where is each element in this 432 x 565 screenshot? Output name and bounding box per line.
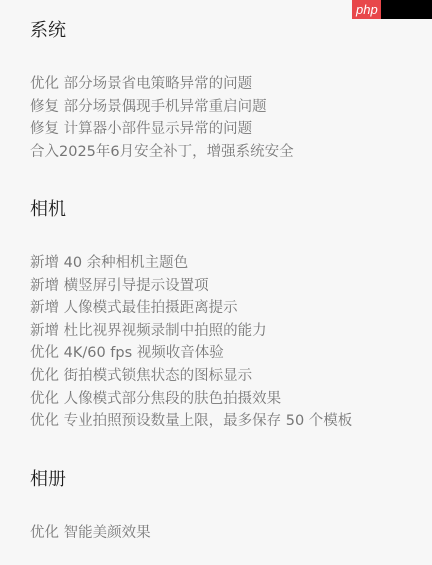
list-item: 优化 4K/60 fps 视频收音体验 xyxy=(30,342,352,365)
section-title: 系统 xyxy=(30,20,66,42)
section-album: 相册 优化 智能美颜效果 xyxy=(30,469,66,491)
list-item: 修复 部分场景偶现手机异常重启问题 xyxy=(30,96,294,119)
list-item: 优化 人像模式部分焦段的肤色拍摄效果 xyxy=(30,388,352,411)
watermark-black-bar xyxy=(381,0,432,19)
list-item: 优化 部分场景省电策略异常的问题 xyxy=(30,73,294,96)
item-list: 新增 40 余种相机主题色 新增 横竖屏引导提示设置项 新增 人像模式最佳拍摄距… xyxy=(30,252,352,433)
item-list: 优化 智能美颜效果 xyxy=(30,522,151,545)
watermark: php xyxy=(352,0,432,19)
list-item: 新增 横竖屏引导提示设置项 xyxy=(30,275,352,298)
item-list: 优化 部分场景省电策略异常的问题 修复 部分场景偶现手机异常重启问题 修复 计算… xyxy=(30,73,294,163)
list-item: 优化 智能美颜效果 xyxy=(30,522,151,545)
list-item: 优化 街拍模式锁焦状态的图标显示 xyxy=(30,365,352,388)
section-system: 系统 优化 部分场景省电策略异常的问题 修复 部分场景偶现手机异常重启问题 修复… xyxy=(30,20,66,42)
list-item: 优化 专业拍照预设数量上限，最多保存 50 个模板 xyxy=(30,410,352,433)
list-item: 合入2025年6月安全补丁，增强系统安全 xyxy=(30,141,294,164)
list-item: 新增 杜比视界视频录制中拍照的能力 xyxy=(30,320,352,343)
php-logo: php xyxy=(352,0,381,19)
section-title: 相机 xyxy=(30,199,66,221)
list-item: 新增 40 余种相机主题色 xyxy=(30,252,352,275)
section-title: 相册 xyxy=(30,469,66,491)
section-camera: 相机 新增 40 余种相机主题色 新增 横竖屏引导提示设置项 新增 人像模式最佳… xyxy=(30,199,66,221)
list-item: 新增 人像模式最佳拍摄距离提示 xyxy=(30,297,352,320)
list-item: 修复 计算器小部件显示异常的问题 xyxy=(30,118,294,141)
